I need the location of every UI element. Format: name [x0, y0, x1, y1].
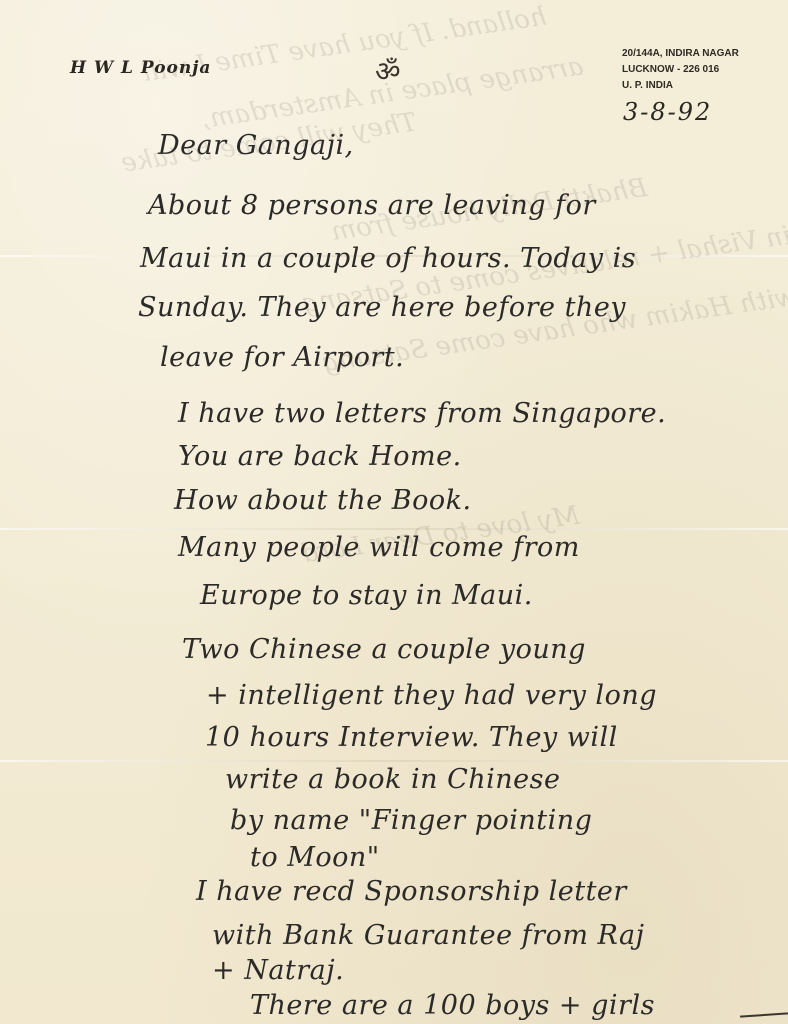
ink-stroke — [740, 1012, 788, 1017]
body-line: I have two letters from Singapore. — [178, 398, 666, 429]
salutation: Dear Gangaji, — [158, 130, 354, 161]
address-line: U. P. INDIA — [622, 78, 739, 94]
om-symbol-icon: ॐ — [375, 52, 401, 90]
body-line: to Moon" — [250, 842, 380, 873]
body-line: with Bank Guarantee from Raj — [212, 920, 644, 951]
body-line: + Natraj. — [212, 955, 344, 986]
body-line: leave for Airport. — [160, 342, 404, 373]
address-line: 20/144A, INDIRA NAGAR — [622, 46, 739, 62]
body-line: About 8 persons are leaving for — [148, 190, 596, 221]
body-line: There are a 100 boys + girls — [250, 990, 655, 1021]
letterhead-address: 20/144A, INDIRA NAGAR LUCKNOW - 226 016 … — [622, 46, 739, 94]
letter-page: holland. If you have Time I will arrange… — [0, 0, 788, 1024]
body-line: I have recd Sponsorship letter — [196, 876, 627, 907]
paper-fold-line — [0, 760, 788, 762]
body-line: Maui in a couple of hours. Today is — [140, 243, 636, 274]
body-line: Two Chinese a couple young — [182, 634, 586, 665]
body-line: 10 hours Interview. They will — [205, 722, 618, 753]
body-line: + intelligent they had very long — [206, 680, 657, 711]
body-line: Sunday. They are here before they — [138, 292, 626, 323]
body-line: You are back Home. — [178, 441, 462, 472]
address-line: LUCKNOW - 226 016 — [622, 62, 739, 78]
body-line: How about the Book. — [174, 485, 472, 516]
letter-date: 3-8-92 — [623, 98, 712, 126]
body-line: Many people will come from — [178, 532, 580, 563]
body-line: Europe to stay in Maui. — [200, 580, 533, 611]
body-line: write a book in Chinese — [225, 764, 560, 795]
letterhead-name: H W L Poonja — [70, 58, 211, 78]
body-line: by name "Finger pointing — [230, 805, 592, 836]
